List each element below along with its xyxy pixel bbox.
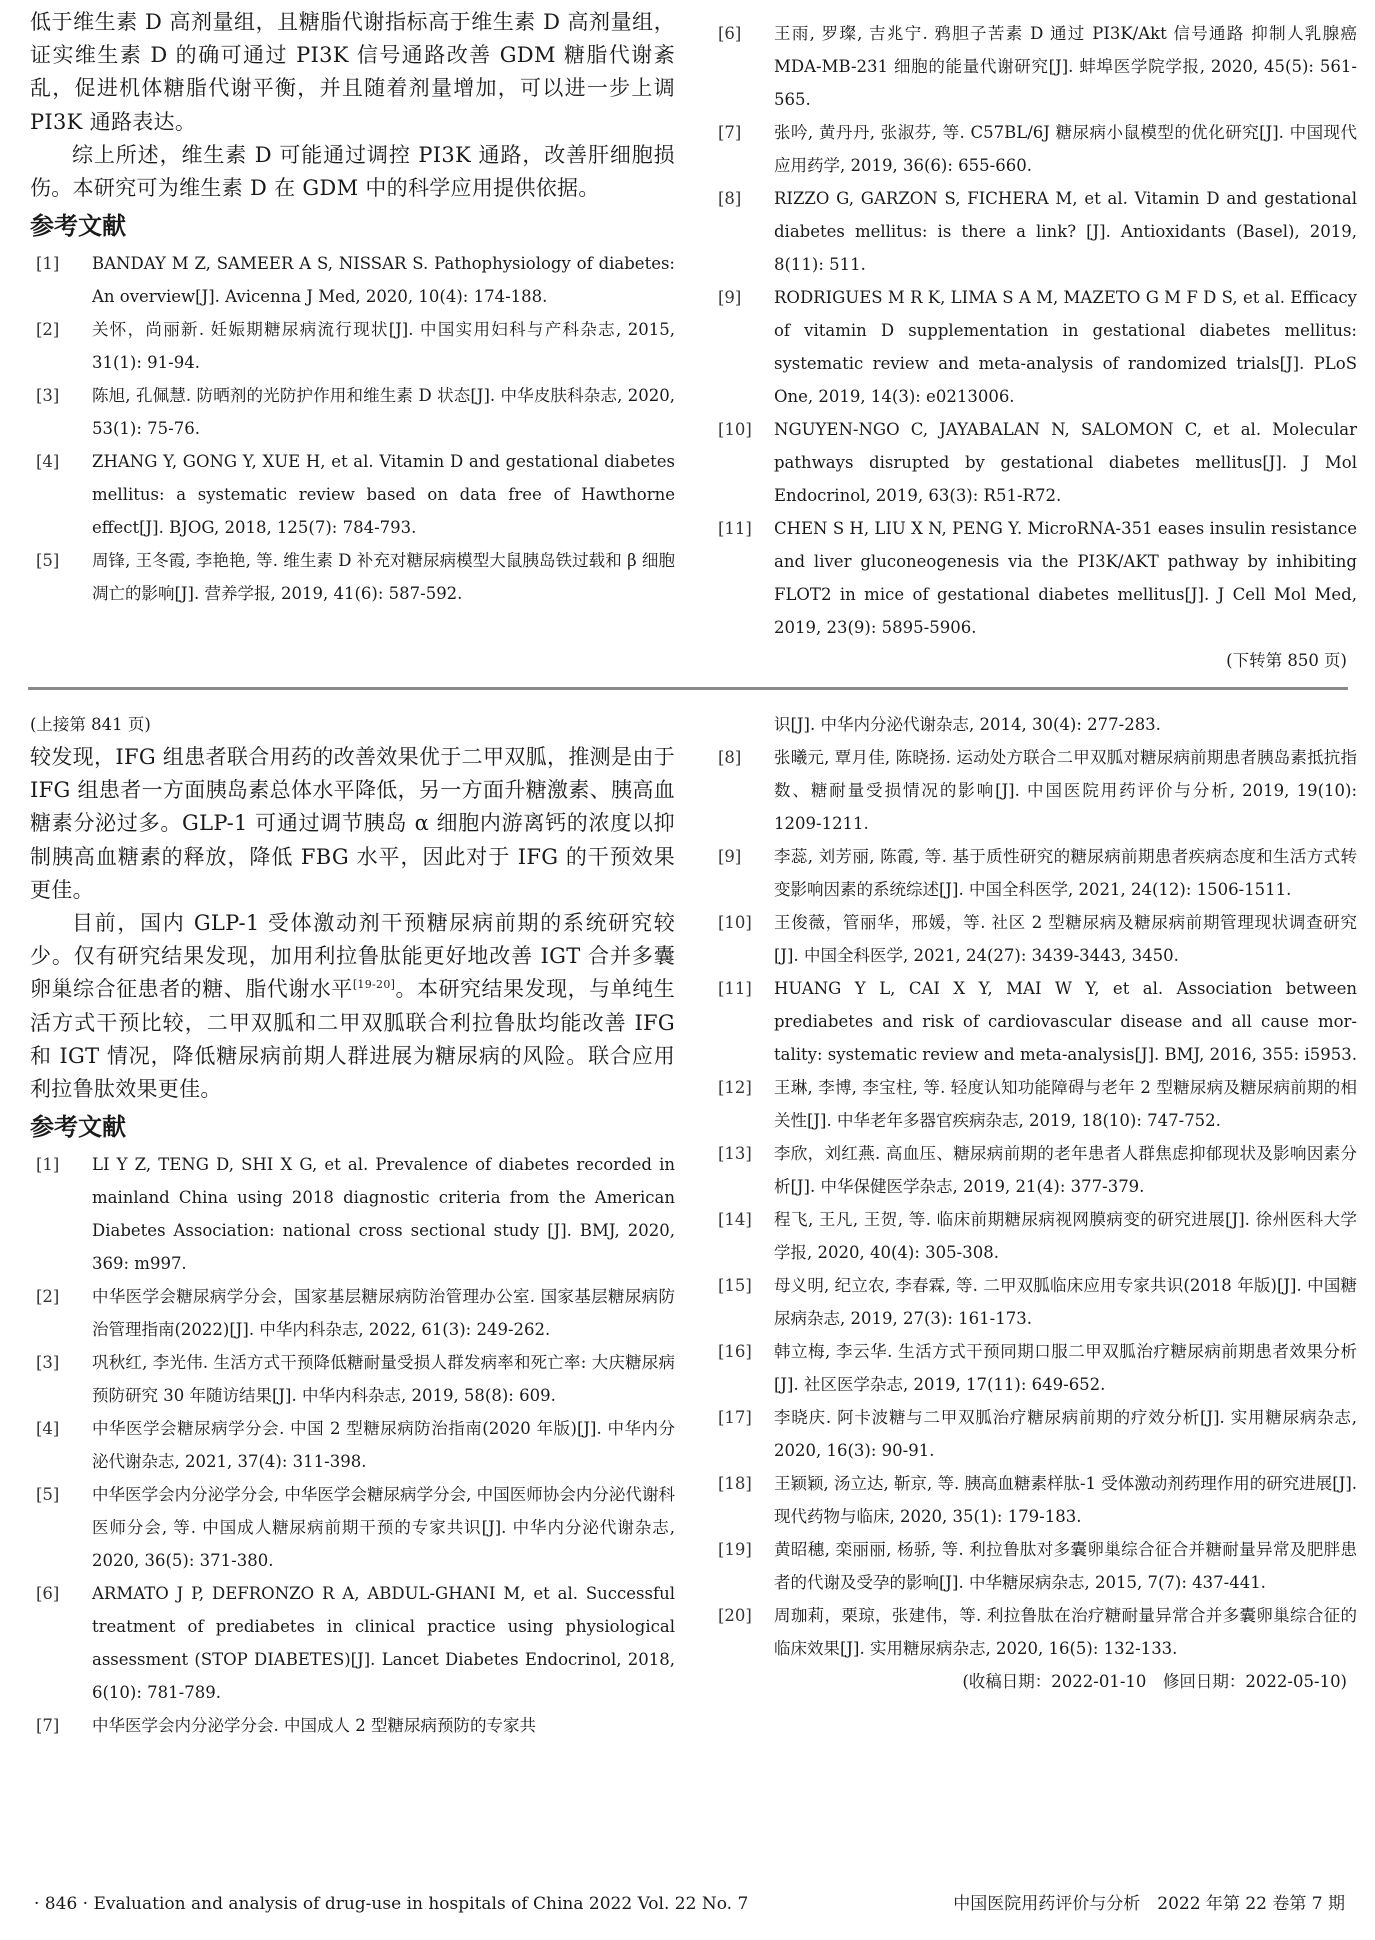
reference-text: ARMATO J P, DEFRONZO R A, ABDUL-GHANI M,…: [92, 1577, 675, 1709]
reference-item: [9]RODRIGUES M R K, LIMA S A M, MAZETO G…: [712, 281, 1357, 413]
reference-item: [4]中华医学会糖尿病学分会. 中国 2 型糖尿病防治指南(2020 年版)[J…: [30, 1412, 675, 1478]
reference-item: [3]巩秋红, 李光伟. 生活方式干预降低糖耐量受损人群发病率和死亡率: 大庆糖…: [30, 1346, 675, 1412]
reference-number: [19]: [712, 1533, 774, 1599]
reference-text: 韩立梅, 李云华. 生活方式干预同期口服二甲双胍治疗糖尿病前期患者效果分析[J]…: [774, 1335, 1357, 1401]
section-divider: [28, 687, 1348, 690]
reference-item: [8]张曦元, 覃月佳, 陈晓扬. 运动处方联合二甲双胍对糖尿病前期患者胰岛素抵…: [712, 741, 1357, 840]
reference-text: 中华医学会糖尿病学分会，国家基层糖尿病防治管理办公室. 国家基层糖尿病防治管理指…: [92, 1280, 675, 1346]
reference-item: [13]李欣，刘红燕. 高血压、糖尿病前期的老年患者人群焦虑抑郁现状及影响因素分…: [712, 1137, 1357, 1203]
continued-from-note: (上接第 841 页): [30, 708, 675, 741]
reference-item-continuation: 识[J]. 中华内分泌代谢杂志, 2014, 30(4): 277-283.: [712, 708, 1357, 741]
reference-text: 陈旭, 孔佩慧. 防晒剂的光防护作用和维生素 D 状态[J]. 中华皮肤科杂志,…: [92, 379, 675, 445]
reference-number: [20]: [712, 1599, 774, 1665]
reference-number: [17]: [712, 1401, 774, 1467]
top-left-column: 低于维生素 D 高剂量组，且糖脂代谢指标高于维生素 D 高剂量组，证实维生素 D…: [30, 6, 675, 610]
reference-item: [20]周珈莉，栗琼，张建伟，等. 利拉鲁肽在治疗糖耐量异常合并多囊卵巢综合征的…: [712, 1599, 1357, 1665]
reference-text: 中华医学会内分泌学分会, 中华医学会糖尿病学分会, 中国医师协会内分泌代谢科医师…: [92, 1478, 675, 1577]
reference-item: [8]RIZZO G, GARZON S, FICHERA M, et al. …: [712, 182, 1357, 281]
reference-number: [15]: [712, 1269, 774, 1335]
reference-item: [19]黄昭穗, 栾丽丽, 杨骄, 等. 利拉鲁肽对多囊卵巢综合征合并糖耐量异常…: [712, 1533, 1357, 1599]
reference-text: 母义明, 纪立农, 李春霖, 等. 二甲双胍临床应用专家共识(2018 年版)[…: [774, 1269, 1357, 1335]
reference-number: [11]: [712, 512, 774, 644]
reference-number: [7]: [712, 116, 774, 182]
reference-item: [11]HUANG Y L, CAI X Y, MAI W Y, et al. …: [712, 972, 1357, 1071]
reference-number: [3]: [30, 379, 92, 445]
reference-text: 关怀，尚丽新. 妊娠期糖尿病流行现状[J]. 中国实用妇科与产科杂志, 2015…: [92, 313, 675, 379]
reference-item: [2]关怀，尚丽新. 妊娠期糖尿病流行现状[J]. 中国实用妇科与产科杂志, 2…: [30, 313, 675, 379]
reference-number: [16]: [712, 1335, 774, 1401]
reference-item: [11]CHEN S H, LIU X N, PENG Y. MicroRNA-…: [712, 512, 1357, 644]
reference-number: [5]: [30, 544, 92, 610]
reference-number: [3]: [30, 1346, 92, 1412]
reference-text: 李蕊, 刘芳丽, 陈霞, 等. 基于质性研究的糖尿病前期患者疾病态度和生活方式转…: [774, 840, 1357, 906]
reference-item: [17]李晓庆. 阿卡波糖与二甲双胍治疗糖尿病前期的疗效分析[J]. 实用糖尿病…: [712, 1401, 1357, 1467]
reference-item: [9]李蕊, 刘芳丽, 陈霞, 等. 基于质性研究的糖尿病前期患者疾病态度和生活…: [712, 840, 1357, 906]
reference-item: [4]ZHANG Y, GONG Y, XUE H, et al. Vitami…: [30, 445, 675, 544]
reference-number: [1]: [30, 247, 92, 313]
reference-text: HUANG Y L, CAI X Y, MAI W Y, et al. Asso…: [774, 972, 1357, 1071]
reference-number: [4]: [30, 1412, 92, 1478]
reference-text: ZHANG Y, GONG Y, XUE H, et al. Vitamin D…: [92, 445, 675, 544]
reference-text: 张曦元, 覃月佳, 陈晓扬. 运动处方联合二甲双胍对糖尿病前期患者胰岛素抵抗指数…: [774, 741, 1357, 840]
reference-number: [6]: [30, 1577, 92, 1709]
bottom-right-column: 识[J]. 中华内分泌代谢杂志, 2014, 30(4): 277-283. […: [712, 708, 1357, 1698]
reference-text: BANDAY M Z, SAMEER A S, NISSAR S. Pathop…: [92, 247, 675, 313]
reference-number: [5]: [30, 1478, 92, 1577]
reference-number: [11]: [712, 972, 774, 1071]
footer-left: · 846 · Evaluation and analysis of drug-…: [34, 1890, 748, 1918]
reference-item: [15]母义明, 纪立农, 李春霖, 等. 二甲双胍临床应用专家共识(2018 …: [712, 1269, 1357, 1335]
reference-number: [9]: [712, 281, 774, 413]
reference-number: [14]: [712, 1203, 774, 1269]
citation-superscript: [19-20]: [353, 978, 395, 991]
reference-number: [4]: [30, 445, 92, 544]
reference-item: [10]王俊薇，管丽华，邢媛，等. 社区 2 型糖尿病及糖尿病前期管理现状调查研…: [712, 906, 1357, 972]
reference-item: [7]中华医学会内分泌学分会. 中国成人 2 型糖尿病预防的专家共: [30, 1709, 675, 1742]
reference-number: [13]: [712, 1137, 774, 1203]
reference-item: [5]中华医学会内分泌学分会, 中华医学会糖尿病学分会, 中国医师协会内分泌代谢…: [30, 1478, 675, 1577]
reference-text: NGUYEN-NGO C, JAYABALAN N, SALOMON C, et…: [774, 413, 1357, 512]
reference-text: 中华医学会内分泌学分会. 中国成人 2 型糖尿病预防的专家共: [92, 1709, 675, 1742]
reference-item: [10]NGUYEN-NGO C, JAYABALAN N, SALOMON C…: [712, 413, 1357, 512]
references-heading: 参考文献: [30, 1108, 675, 1146]
reference-text: 李晓庆. 阿卡波糖与二甲双胍治疗糖尿病前期的疗效分析[J]. 实用糖尿病杂志, …: [774, 1401, 1357, 1467]
body-paragraph: 综上所述，维生素 D 可能通过调控 PI3K 通路，改善肝细胞损伤。本研究可为维…: [30, 139, 675, 205]
reference-number: [8]: [712, 182, 774, 281]
reference-item: [1]LI Y Z, TENG D, SHI X G, et al. Preva…: [30, 1148, 675, 1280]
reference-item: [12]王琳, 李博, 李宝柱, 等. 轻度认知功能障碍与老年 2 型糖尿病及糖…: [712, 1071, 1357, 1137]
reference-number-placeholder: [712, 708, 774, 741]
footer-right: 中国医院用药评价与分析 2022 年第 22 卷第 7 期: [953, 1890, 1345, 1918]
reference-number: [1]: [30, 1148, 92, 1280]
reference-number: [2]: [30, 313, 92, 379]
reference-text: 王颖颖, 汤立达, 靳京, 等. 胰高血糖素样肽-1 受体激动剂药理作用的研究进…: [774, 1467, 1357, 1533]
reference-item: [3]陈旭, 孔佩慧. 防晒剂的光防护作用和维生素 D 状态[J]. 中华皮肤科…: [30, 379, 675, 445]
body-paragraph: 较发现，IFG 组患者联合用药的改善效果优于二甲双胍，推测是由于 IFG 组患者…: [30, 741, 675, 907]
reference-item: [2]中华医学会糖尿病学分会，国家基层糖尿病防治管理办公室. 国家基层糖尿病防治…: [30, 1280, 675, 1346]
reference-text: RIZZO G, GARZON S, FICHERA M, et al. Vit…: [774, 182, 1357, 281]
reference-number: [9]: [712, 840, 774, 906]
reference-text: 周锋, 王冬霞, 李艳艳, 等. 维生素 D 补充对糖尿病模型大鼠胰岛铁过载和 …: [92, 544, 675, 610]
references-heading: 参考文献: [30, 207, 675, 245]
received-dates-note: (收稿日期：2022-01-10 修回日期：2022-05-10): [712, 1665, 1357, 1698]
reference-text: CHEN S H, LIU X N, PENG Y. MicroRNA-351 …: [774, 512, 1357, 644]
reference-text: 周珈莉，栗琼，张建伟，等. 利拉鲁肽在治疗糖耐量异常合并多囊卵巢综合征的临床效果…: [774, 1599, 1357, 1665]
reference-text: 程飞, 王凡, 王贺, 等. 临床前期糖尿病视网膜病变的研究进展[J]. 徐州医…: [774, 1203, 1357, 1269]
reference-number: [10]: [712, 906, 774, 972]
reference-item: [6]王雨, 罗璨, 吉兆宁. 鸦胆子苦素 D 通过 PI3K/Akt 信号通路…: [712, 17, 1357, 116]
continued-note: (下转第 850 页): [712, 644, 1357, 677]
reference-text: 黄昭穗, 栾丽丽, 杨骄, 等. 利拉鲁肽对多囊卵巢综合征合并糖耐量异常及肥胖患…: [774, 1533, 1357, 1599]
body-paragraph: 低于维生素 D 高剂量组，且糖脂代谢指标高于维生素 D 高剂量组，证实维生素 D…: [30, 6, 675, 139]
reference-text: 王琳, 李博, 李宝柱, 等. 轻度认知功能障碍与老年 2 型糖尿病及糖尿病前期…: [774, 1071, 1357, 1137]
reference-text: 张吟, 黄丹丹, 张淑芬, 等. C57BL/6J 糖尿病小鼠模型的优化研究[J…: [774, 116, 1357, 182]
reference-text: 王俊薇，管丽华，邢媛，等. 社区 2 型糖尿病及糖尿病前期管理现状调查研究[J]…: [774, 906, 1357, 972]
reference-text: LI Y Z, TENG D, SHI X G, et al. Prevalen…: [92, 1148, 675, 1280]
body-paragraph: 目前，国内 GLP-1 受体激动剂干预糖尿病前期的系统研究较少。仅有研究结果发现…: [30, 907, 675, 1106]
reference-text: 巩秋红, 李光伟. 生活方式干预降低糖耐量受损人群发病率和死亡率: 大庆糖尿病预…: [92, 1346, 675, 1412]
reference-text: 王雨, 罗璨, 吉兆宁. 鸦胆子苦素 D 通过 PI3K/Akt 信号通路 抑制…: [774, 17, 1357, 116]
reference-number: [10]: [712, 413, 774, 512]
reference-item: [18]王颖颖, 汤立达, 靳京, 等. 胰高血糖素样肽-1 受体激动剂药理作用…: [712, 1467, 1357, 1533]
reference-text: RODRIGUES M R K, LIMA S A M, MAZETO G M …: [774, 281, 1357, 413]
reference-number: [7]: [30, 1709, 92, 1742]
reference-number: [2]: [30, 1280, 92, 1346]
reference-item: [16]韩立梅, 李云华. 生活方式干预同期口服二甲双胍治疗糖尿病前期患者效果分…: [712, 1335, 1357, 1401]
reference-text: 识[J]. 中华内分泌代谢杂志, 2014, 30(4): 277-283.: [774, 708, 1357, 741]
reference-text: 李欣，刘红燕. 高血压、糖尿病前期的老年患者人群焦虑抑郁现状及影响因素分析[J]…: [774, 1137, 1357, 1203]
reference-item: [7]张吟, 黄丹丹, 张淑芬, 等. C57BL/6J 糖尿病小鼠模型的优化研…: [712, 116, 1357, 182]
reference-number: [6]: [712, 17, 774, 116]
reference-number: [18]: [712, 1467, 774, 1533]
top-right-column: [6]王雨, 罗璨, 吉兆宁. 鸦胆子苦素 D 通过 PI3K/Akt 信号通路…: [712, 17, 1357, 677]
reference-item: [1]BANDAY M Z, SAMEER A S, NISSAR S. Pat…: [30, 247, 675, 313]
reference-item: [6]ARMATO J P, DEFRONZO R A, ABDUL-GHANI…: [30, 1577, 675, 1709]
reference-item: [14]程飞, 王凡, 王贺, 等. 临床前期糖尿病视网膜病变的研究进展[J].…: [712, 1203, 1357, 1269]
reference-number: [12]: [712, 1071, 774, 1137]
reference-number: [8]: [712, 741, 774, 840]
reference-item: [5]周锋, 王冬霞, 李艳艳, 等. 维生素 D 补充对糖尿病模型大鼠胰岛铁过…: [30, 544, 675, 610]
reference-text: 中华医学会糖尿病学分会. 中国 2 型糖尿病防治指南(2020 年版)[J]. …: [92, 1412, 675, 1478]
bottom-left-column: (上接第 841 页) 较发现，IFG 组患者联合用药的改善效果优于二甲双胍，推…: [30, 708, 675, 1742]
